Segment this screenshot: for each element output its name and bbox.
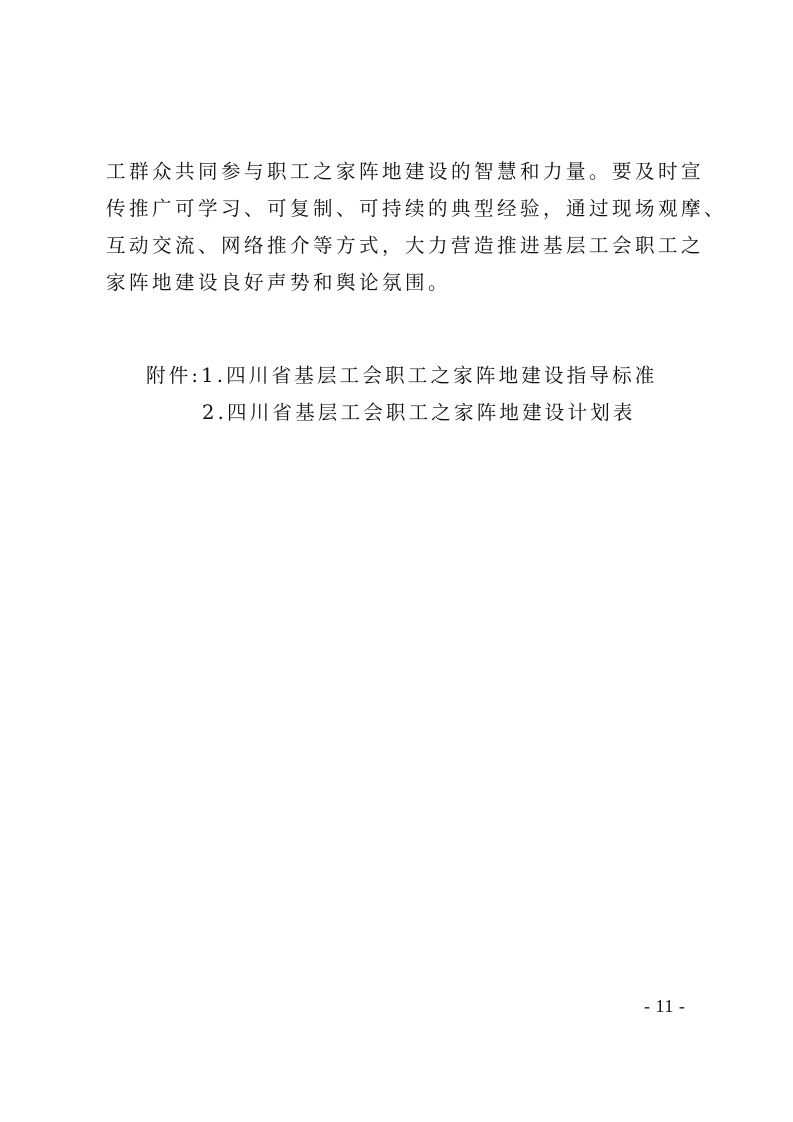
attachment-item-2: 2.四川省基层工会职工之家阵地建设计划表 bbox=[146, 394, 657, 431]
paragraph-line: 工群众共同参与职工之家阵地建设的智慧和力量。要及时宣 bbox=[106, 153, 696, 190]
paragraph-line: 传推广可学习、可复制、可持续的典型经验，通过现场观摩、 bbox=[106, 190, 696, 227]
document-page: 工群众共同参与职工之家阵地建设的智慧和力量。要及时宣 传推广可学习、可复制、可持… bbox=[0, 0, 793, 1122]
page-number: - 11 - bbox=[644, 996, 685, 1017]
attachments-section: 附件:1.四川省基层工会职工之家阵地建设指导标准 2.四川省基层工会职工之家阵地… bbox=[146, 357, 657, 431]
attachment-title: 2.四川省基层工会职工之家阵地建设计划表 bbox=[202, 401, 636, 424]
attachment-title: 1.四川省基层工会职工之家阵地建设指导标准 bbox=[201, 364, 657, 387]
body-paragraph: 工群众共同参与职工之家阵地建设的智慧和力量。要及时宣 传推广可学习、可复制、可持… bbox=[106, 153, 696, 301]
paragraph-line: 家阵地建设良好声势和舆论氛围。 bbox=[106, 264, 696, 301]
attachment-item-1: 附件:1.四川省基层工会职工之家阵地建设指导标准 bbox=[146, 357, 657, 394]
paragraph-line: 互动交流、网络推介等方式，大力营造推进基层工会职工之 bbox=[106, 227, 696, 264]
attachments-label: 附件: bbox=[146, 364, 201, 387]
